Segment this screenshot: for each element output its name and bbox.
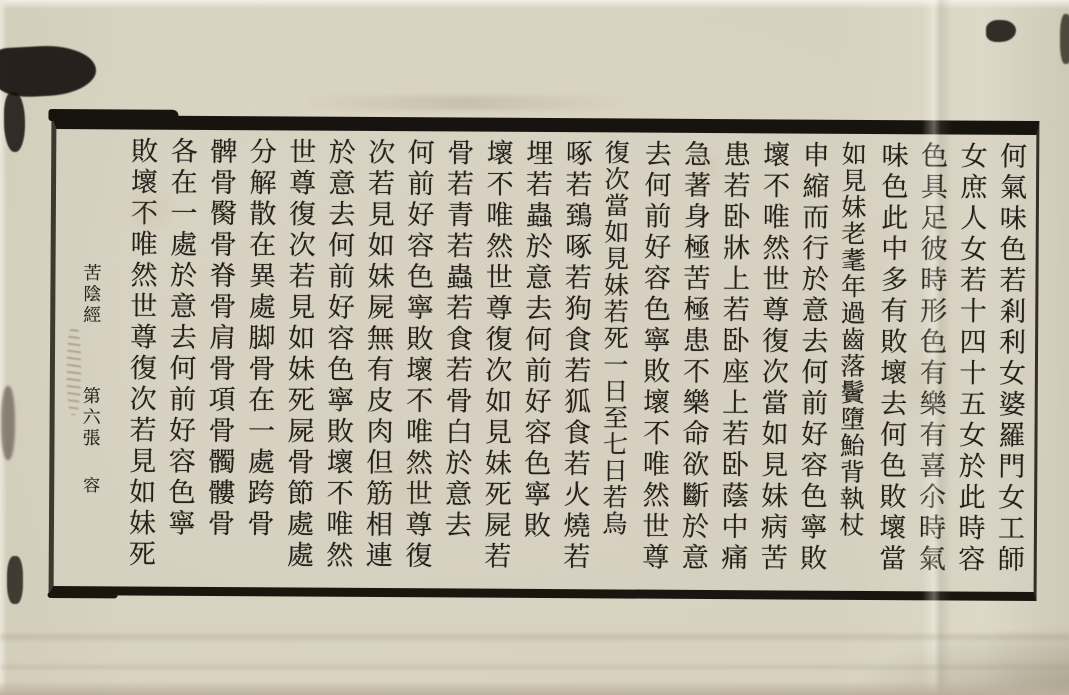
text-column: 世尊復次若見如妹死屍骨節處處 — [278, 137, 320, 584]
margin-sheet-number: 第六張 — [78, 386, 100, 449]
print-frame: 苦陰經 第六張 容 何氣味色若剎利女婆羅門女工師 女庶人女若十四十五女於此時容 … — [49, 115, 1040, 601]
text-column: 申縮而行於意去何前好容色寧敗 — [791, 141, 833, 588]
text-column: 急著身極苦極患不樂命欲斷於意 — [673, 140, 715, 587]
text-column: 何氣味色若剎利女婆羅門女工師 — [989, 142, 1031, 589]
text-column: 次若見如妹屍無有皮肉但筋相連 — [357, 138, 399, 585]
text-column: 患若卧牀上若卧座上若卧蔭中痛 — [712, 140, 754, 587]
ink-bleed-mark — [67, 325, 82, 415]
sutra-body: 何氣味色若剎利女婆羅門女工師 女庶人女若十四十五女於此時容 色具足彼時形色有樂有… — [120, 136, 1031, 589]
text-column: 色具足彼時形色有樂有喜尒時氣 — [910, 141, 952, 588]
text-column: 如見妹老耄年過齒落鬢墮鮐背執杖 — [831, 141, 873, 588]
marginalia: 苦陰經 第六張 容 — [62, 129, 119, 586]
text-column: 女庶人女若十四十五女於此時容 — [949, 141, 991, 588]
text-column: 各在一處於意去何前好容色寧 — [159, 137, 201, 584]
page-scan: 苦陰經 第六張 容 何氣味色若剎利女婆羅門女工師 女庶人女若十四十五女於此時容 … — [0, 0, 1069, 695]
margin-sutra-title: 苦陰經 — [79, 263, 101, 326]
ink-smudge — [4, 92, 25, 152]
text-column: 味色此中多有敗壞去何色敗壞當 — [870, 141, 912, 588]
text-column: 埋若蟲於意去何前好容色寧敗 — [515, 139, 557, 586]
margin-case-mark: 容 — [78, 476, 100, 496]
ink-smudge — [986, 20, 1016, 42]
frame-border-ink-blob — [48, 109, 178, 122]
scan-edge-top — [0, 0, 1069, 9]
text-column: 復次當如見妹若死一日至七日若烏 — [594, 139, 636, 586]
text-column: 骨若青若蟲若食若骨白於意去 — [436, 138, 478, 585]
faint-smudge — [300, 96, 630, 110]
text-column: 壞不唯然世尊復次當如見妹病苦 — [752, 140, 794, 587]
text-column: 於意去何前好容色寧敗壞不唯然 — [317, 138, 359, 585]
frame-border-ink-blob — [48, 592, 118, 598]
ink-smudge — [1, 386, 15, 460]
ink-smudge — [0, 43, 97, 98]
scan-edge-bottom — [0, 681, 1069, 695]
text-column: 去何前好容色寧敗壞不唯然世尊 — [633, 140, 675, 587]
text-column: 壞不唯然世尊復次如見妹死屍若 — [475, 139, 517, 586]
text-column: 啄若鵄啄若狗食若狐食若火燒若 — [554, 139, 596, 586]
text-column: 何前好容色寧敗壞不唯然世尊復 — [396, 138, 438, 585]
text-column: 分解散在異處脚骨在一處跨骨 — [238, 137, 280, 584]
ink-smudge — [1060, 14, 1069, 64]
ink-smudge — [7, 556, 23, 604]
text-column: 敗壞不唯然世尊復次若見如妹死 — [120, 136, 162, 583]
text-column: 髀骨臋骨脊骨肩骨項骨髑髏骨 — [199, 137, 241, 584]
